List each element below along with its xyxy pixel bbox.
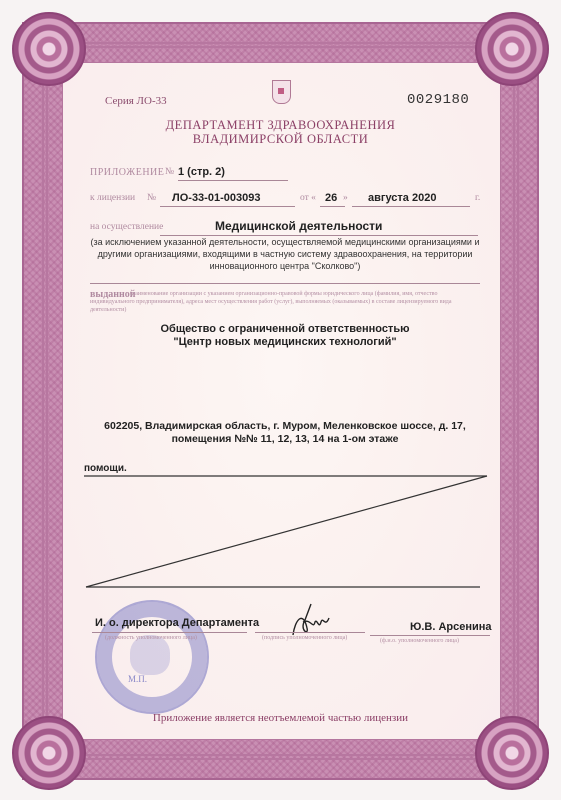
- appendix-footer-note: Приложение является неотъемлемой частью …: [0, 712, 561, 724]
- signatory-position: И. о. директора Департамента: [95, 617, 259, 629]
- stamp-label: М.П.: [128, 674, 147, 684]
- position-caption: (должность уполномоченного лица): [105, 634, 197, 642]
- signature-caption: (подпись уполномоченного лица): [262, 634, 347, 642]
- signatory-name: Ю.В. Арсенина: [410, 621, 492, 633]
- strike-through-lines: [0, 0, 561, 800]
- name-caption: (ф.и.о. уполномоченного лица): [380, 637, 459, 645]
